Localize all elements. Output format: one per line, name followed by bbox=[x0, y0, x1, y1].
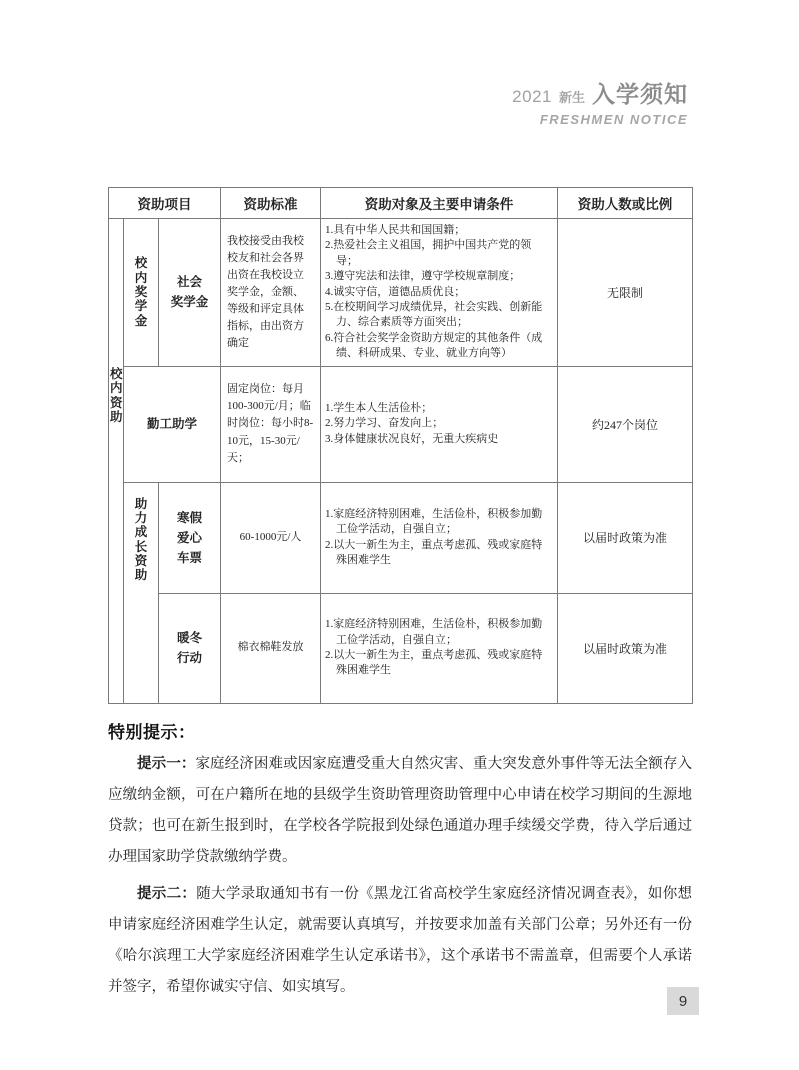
page-number-badge: 9 bbox=[667, 987, 699, 1015]
aid-conditions: 1.具有中华人民共和国国籍； 2.热爱社会主义祖国，拥护中国共产党的领导； 3.… bbox=[321, 219, 558, 367]
tip-paragraph-1: 提示一：家庭经济困难或因家庭遭受重大自然灾害、重大突发意外事件等无法全额存入应缴… bbox=[108, 749, 692, 873]
aid-name-winter-ticket: 寒假 爱心 车票 bbox=[159, 482, 221, 593]
aid-standard: 固定岗位：每月100-300元/月；临时岗位：每小时8-10元，15-30元/天… bbox=[221, 366, 321, 482]
aid-name-work-study: 勤工助学 bbox=[124, 366, 221, 482]
condition-item: 4.诚实守信，道德品质优良； bbox=[325, 285, 553, 300]
condition-item: 2.热爱社会主义祖国，拥护中国共产党的领导； bbox=[325, 238, 553, 269]
group-label-campus-scholarship: 校 内 奖 学 金 bbox=[124, 219, 159, 367]
tip-2-text: 随大学录取通知书有一份《黑龙江省高校学生家庭经济情况调查表》，如你想申请家庭经济… bbox=[108, 886, 692, 995]
special-notice-title: 特别提示： bbox=[108, 718, 692, 743]
condition-item: 3.身体健康状况良好，无重大疾病史 bbox=[325, 432, 553, 447]
condition-item: 3.遵守宪法和法律，遵守学校规章制度； bbox=[325, 269, 553, 284]
condition-item: 6.符合社会奖学金资助方规定的其他条件（成绩、科研成果、专业、就业方向等） bbox=[325, 331, 553, 362]
tip-paragraph-2: 提示二：随大学录取通知书有一份《黑龙江省高校学生家庭经济情况调查表》，如你想申请… bbox=[108, 879, 692, 1003]
document-page: 2021 新生 入学须知 FRESHMEN NOTICE 资助项目 资助标准 资… bbox=[0, 0, 799, 1070]
table-row: 助 力 成 长 资 助 寒假 爱心 车票 60-1000元/人 1.家庭经济特别… bbox=[109, 482, 693, 593]
aid-conditions: 1.学生本人生活俭朴； 2.努力学习、奋发向上； 3.身体健康状况良好，无重大疾… bbox=[321, 366, 558, 482]
condition-item: 2.以大一新生为主，重点考虑孤、残或家庭特殊困难学生 bbox=[325, 538, 553, 569]
tip-1-label: 提示一： bbox=[137, 756, 195, 772]
col-header-project: 资助项目 bbox=[109, 188, 221, 219]
table-header-row: 资助项目 资助标准 资助对象及主要申请条件 资助人数或比例 bbox=[109, 188, 693, 219]
aid-table: 资助项目 资助标准 资助对象及主要申请条件 资助人数或比例 校 内 资 助 校 … bbox=[108, 187, 693, 704]
condition-item: 1.具有中华人民共和国国籍； bbox=[325, 223, 553, 238]
table-row: 校 内 资 助 校 内 奖 学 金 社会 奖学金 我校接受由我校校友和社会各界出… bbox=[109, 219, 693, 367]
header-title-en: FRESHMEN NOTICE bbox=[512, 112, 688, 127]
table-row: 勤工助学 固定岗位：每月100-300元/月；临时岗位：每小时8-10元，15-… bbox=[109, 366, 693, 482]
category-label-on-campus-aid: 校 内 资 助 bbox=[109, 219, 124, 704]
table-row: 暖冬 行动 棉衣棉鞋发放 1.家庭经济特别困难，生活俭朴，积极参加勤工俭学活动，… bbox=[109, 593, 693, 703]
special-notice-section: 特别提示： 提示一：家庭经济困难或因家庭遭受重大自然灾害、重大突发意外事件等无法… bbox=[108, 718, 692, 1003]
aid-name-social-scholarship: 社会 奖学金 bbox=[159, 219, 221, 367]
header-audience: 新生 bbox=[559, 87, 585, 106]
aid-conditions: 1.家庭经济特别困难，生活俭朴，积极参加勤工俭学活动，自强自立； 2.以大一新生… bbox=[321, 482, 558, 593]
condition-item: 1.家庭经济特别困难，生活俭朴，积极参加勤工俭学活动，自强自立； bbox=[325, 507, 553, 538]
condition-item: 2.以大一新生为主，重点考虑孤、残或家庭特殊困难学生 bbox=[325, 648, 553, 679]
aid-standard: 棉衣棉鞋发放 bbox=[221, 593, 321, 703]
condition-item: 2.努力学习、奋发向上； bbox=[325, 416, 553, 431]
condition-item: 1.学生本人生活俭朴； bbox=[325, 401, 553, 416]
tip-1-text: 家庭经济困难或因家庭遭受重大自然灾害、重大突发意外事件等无法全额存入应缴纳金额，… bbox=[108, 756, 692, 865]
aid-quota: 约247个岗位 bbox=[558, 366, 693, 482]
col-header-standard: 资助标准 bbox=[221, 188, 321, 219]
group-label-growth-aid: 助 力 成 长 资 助 bbox=[124, 482, 159, 703]
page-header-title-row: 2021 新生 入学须知 bbox=[512, 76, 688, 109]
aid-name-warm-winter: 暖冬 行动 bbox=[159, 593, 221, 703]
aid-table-container: 资助项目 资助标准 资助对象及主要申请条件 资助人数或比例 校 内 资 助 校 … bbox=[108, 187, 693, 704]
aid-conditions: 1.家庭经济特别困难，生活俭朴，积极参加勤工俭学活动，自强自立； 2.以大一新生… bbox=[321, 593, 558, 703]
header-year: 2021 bbox=[512, 87, 552, 107]
condition-item: 5.在校期间学习成绩优异，社会实践、创新能力、综合素质等方面突出； bbox=[325, 300, 553, 331]
aid-quota: 无限制 bbox=[558, 219, 693, 367]
aid-standard: 60-1000元/人 bbox=[221, 482, 321, 593]
page-header: 2021 新生 入学须知 FRESHMEN NOTICE bbox=[512, 76, 688, 127]
aid-quota: 以届时政策为准 bbox=[558, 593, 693, 703]
header-title-cn: 入学须知 bbox=[592, 76, 688, 109]
tip-2-label: 提示二： bbox=[137, 886, 196, 902]
col-header-quota: 资助人数或比例 bbox=[558, 188, 693, 219]
aid-standard: 我校接受由我校校友和社会各界出资在我校设立奖学金，金额、等级和评定具体指标，由出… bbox=[221, 219, 321, 367]
col-header-conditions: 资助对象及主要申请条件 bbox=[321, 188, 558, 219]
condition-item: 1.家庭经济特别困难，生活俭朴，积极参加勤工俭学活动，自强自立； bbox=[325, 617, 553, 648]
aid-quota: 以届时政策为准 bbox=[558, 482, 693, 593]
